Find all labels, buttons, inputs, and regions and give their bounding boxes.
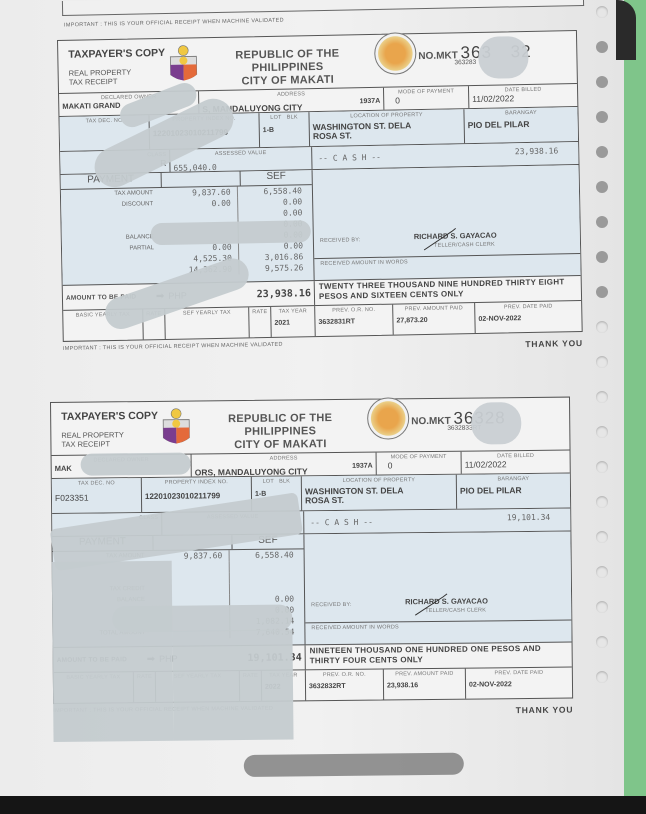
address-code: 1937A [352, 463, 373, 470]
location-value: WASHINGTON ST. DELA ROSA ST. [313, 121, 413, 141]
sef-header: SEF [240, 170, 312, 185]
date-billed-value: 11/02/2022 [472, 92, 574, 104]
feed-hole-icon [596, 286, 608, 298]
feed-hole-icon [596, 391, 608, 403]
mode-of-payment-value: 0 [380, 460, 458, 471]
location-label: LOCATION OF PROPERTY [305, 477, 453, 485]
prev-date-label: PREV. DATE PAID [469, 670, 569, 677]
redaction [81, 453, 191, 476]
prev-or-value: 3632832RT [309, 683, 380, 691]
feed-hole-icon [596, 216, 608, 228]
feed-hole-icon [596, 111, 608, 123]
location-label: LOCATION OF PROPERTY [312, 111, 460, 120]
thank-you-text: THANK YOU [525, 338, 583, 349]
philippine-seal-icon [159, 406, 193, 450]
location-value: WASHINGTON ST. DELA ROSA ST. [305, 486, 405, 505]
received-by-label: RECEIVED BY: [320, 237, 361, 244]
tax-dec-cell: TAX DEC. NO F023351 [52, 478, 142, 513]
feed-hole-icon [596, 636, 608, 648]
prev-amount-label: PREV. AMOUNT PAID [396, 305, 471, 312]
mode-of-payment-cell: MODE OF PAYMENT 0 [377, 452, 462, 475]
prev-amount-value: 23,938.16 [387, 682, 462, 690]
payment-method-cell: -- C A S H -- 19,101.34 [304, 509, 570, 534]
property-row: TAX DEC. NO F023351 PROPERTY INDEX NO. 1… [52, 474, 570, 514]
thank-you-text: THANK YOU [516, 705, 574, 716]
received-by-block: RECEIVED BY: RICHARD S. GAYACAO TELLER/C… [305, 594, 571, 624]
city-name: CITY OF MAKATI [195, 438, 365, 453]
copy-label: TAXPAYER'S COPY [68, 47, 165, 61]
payment-line-label [62, 265, 160, 278]
issuer-title: REPUBLIC OF THE PHILIPPINES CITY OF MAKA… [195, 412, 365, 453]
received-by-block: RECEIVED BY: RICHARD S. GAYACAO TELLER/C… [314, 227, 580, 259]
prev-or-value: 3632831RT [318, 318, 389, 326]
sef-value [228, 560, 303, 572]
tax-dec-value [63, 129, 146, 131]
payment-method: -- C A S H -- [318, 153, 381, 163]
receipt-type: REAL PROPERTY TAX RECEIPT [61, 430, 131, 449]
receipt-header: TAXPAYER'S COPY REAL PROPERTY TAX RECEIP… [51, 398, 570, 456]
background-shadow [616, 0, 636, 60]
feed-hole-icon [596, 41, 608, 53]
feed-hole-icon [596, 566, 608, 578]
location-cell: LOCATION OF PROPERTY WASHINGTON ST. DELA… [309, 109, 465, 146]
republic-name: REPUBLIC OF THE PHILIPPINES [202, 47, 372, 76]
tax-dec-label: TAX DEC. NO [55, 480, 138, 487]
feed-hole-icon [596, 531, 608, 543]
sef-value: 6,558.40 [228, 549, 303, 561]
lot-blk-label: LOT BLK [255, 478, 298, 484]
barangay-label: BARANGAY [460, 476, 567, 483]
feed-hole-icon [596, 321, 608, 333]
signature-icon [413, 593, 453, 617]
payment-section: PAYMENT SEF TAX AMOUNT 9,837.60 6,558.40… [61, 165, 581, 286]
issuer-title: REPUBLIC OF THE PHILIPPINES CITY OF MAKA… [202, 47, 373, 89]
address-label: ADDRESS [202, 90, 380, 99]
receipt-number-prefix: NO.MKT [418, 50, 458, 62]
feed-hole-icon [596, 251, 608, 263]
date-billed-cell: DATE BILLED 11/02/2022 [462, 451, 570, 474]
cash-amount: 23,938.16 [515, 146, 559, 156]
lot-blk-cell: LOT BLK 1-B [259, 112, 310, 147]
received-section: RECEIVED BY: RICHARD S. GAYACAO TELLER/C… [313, 165, 581, 280]
lot-blk-label: LOT BLK [262, 114, 305, 121]
sef-value: 9,575.26 [238, 262, 314, 274]
sef-value [228, 571, 303, 583]
receipt-2022: TAXPAYER'S COPY REAL PROPERTY TAX RECEIP… [50, 397, 573, 724]
property-index-label: PROPERTY INDEX NO. [145, 479, 248, 486]
sef-value: 0.00 [229, 593, 304, 605]
date-billed-value: 11/02/2022 [465, 459, 567, 470]
barangay-value: PIO DEL PILAR [468, 118, 575, 130]
date-billed-cell: DATE BILLED 11/02/2022 [469, 84, 577, 108]
republic-name: REPUBLIC OF THE PHILIPPINES [195, 412, 365, 440]
prev-or-label: PREV. O.R. NO. [318, 307, 389, 314]
tax-year-value: 2021 [274, 319, 311, 327]
cash-amount: 19,101.34 [507, 513, 550, 522]
barangay-cell: BARANGAY PIO DEL PILAR [457, 474, 570, 509]
feed-hole-icon [596, 146, 608, 158]
background-surface [624, 0, 646, 814]
feed-hole-icon [596, 6, 608, 18]
city-name: CITY OF MAKATI [203, 73, 373, 89]
sef-value [229, 582, 304, 594]
tractor-feed-holes [596, 6, 616, 706]
feed-hole-icon [596, 76, 608, 88]
received-section: RECEIVED BY: RICHARD S. GAYACAO TELLER/C… [304, 532, 571, 645]
address-cell: ADDRESS ORS, MANDALUYONG CITY 1937A [192, 453, 377, 477]
received-by-label: RECEIVED BY: [311, 602, 352, 608]
makati-seal-icon [374, 32, 417, 75]
feed-hole-icon [596, 671, 608, 683]
redaction [478, 36, 529, 79]
tax-dec-value: F023351 [55, 492, 138, 503]
rate-label: RATE [252, 309, 267, 315]
prev-date-value: 02-NOV-2022 [478, 314, 578, 323]
receipt-type: REAL PROPERTY TAX RECEIPT [69, 67, 139, 86]
redaction [471, 402, 521, 445]
barangay-label: BARANGAY [467, 109, 574, 117]
prev-date-value: 02-NOV-2022 [469, 681, 569, 689]
address-label: ADDRESS [195, 455, 373, 463]
copy-label: TAXPAYER'S COPY [61, 410, 158, 423]
barangay-cell: BARANGAY PIO DEL PILAR [464, 107, 578, 143]
redaction [244, 753, 464, 777]
feed-hole-icon [596, 181, 608, 193]
signature-icon [422, 227, 462, 252]
redaction [52, 561, 174, 742]
redaction [151, 220, 311, 245]
feed-hole-icon [596, 601, 608, 613]
sef-yearly-tax-label: SEF YEARLY TAX [168, 309, 245, 316]
amount-in-words: TWENTY THREE THOUSAND NINE HUNDRED THIRT… [315, 276, 581, 305]
prev-date-label: PREV. DATE PAID [478, 303, 578, 311]
prev-amount-value: 27,873.20 [396, 316, 471, 324]
amount-in-words: NINETEEN THOUSAND ONE HUNDRED ONE PESOS … [306, 643, 572, 670]
location-cell: LOCATION OF PROPERTY WASHINGTON ST. DELA… [302, 475, 457, 511]
lot-blk-value: 1-B [263, 126, 306, 134]
mode-of-payment-value: 0 [387, 94, 465, 105]
feed-hole-icon [596, 356, 608, 368]
receipt-sub-number: 363283 [454, 59, 476, 66]
prev-amount-label: PREV. AMOUNT PAID [387, 671, 462, 678]
property-index-value: 12201023010211799 [145, 491, 248, 501]
redaction [112, 604, 292, 632]
prev-or-label: PREV. O.R. NO. [309, 672, 380, 679]
amount-value: 23,938.16 [257, 288, 311, 300]
table-surface [0, 796, 646, 814]
redaction [172, 629, 293, 740]
mode-of-payment-cell: MODE OF PAYMENT 0 [384, 86, 469, 110]
payment-method: -- C A S H -- [310, 518, 373, 528]
tax-year-label: TAX YEAR [274, 308, 311, 315]
receipt-2021: TAXPAYER'S COPY REAL PROPERTY TAX RECEIP… [57, 30, 583, 362]
feed-hole-icon [596, 426, 608, 438]
receipt-number-prefix: NO.MKT [411, 416, 451, 427]
feed-hole-icon [596, 496, 608, 508]
feed-hole-icon [596, 461, 608, 473]
barangay-value: PIO DEL PILAR [460, 485, 567, 496]
philippine-seal-icon [166, 42, 201, 87]
makati-seal-icon [367, 397, 409, 439]
address-code: 1937A [360, 98, 381, 105]
